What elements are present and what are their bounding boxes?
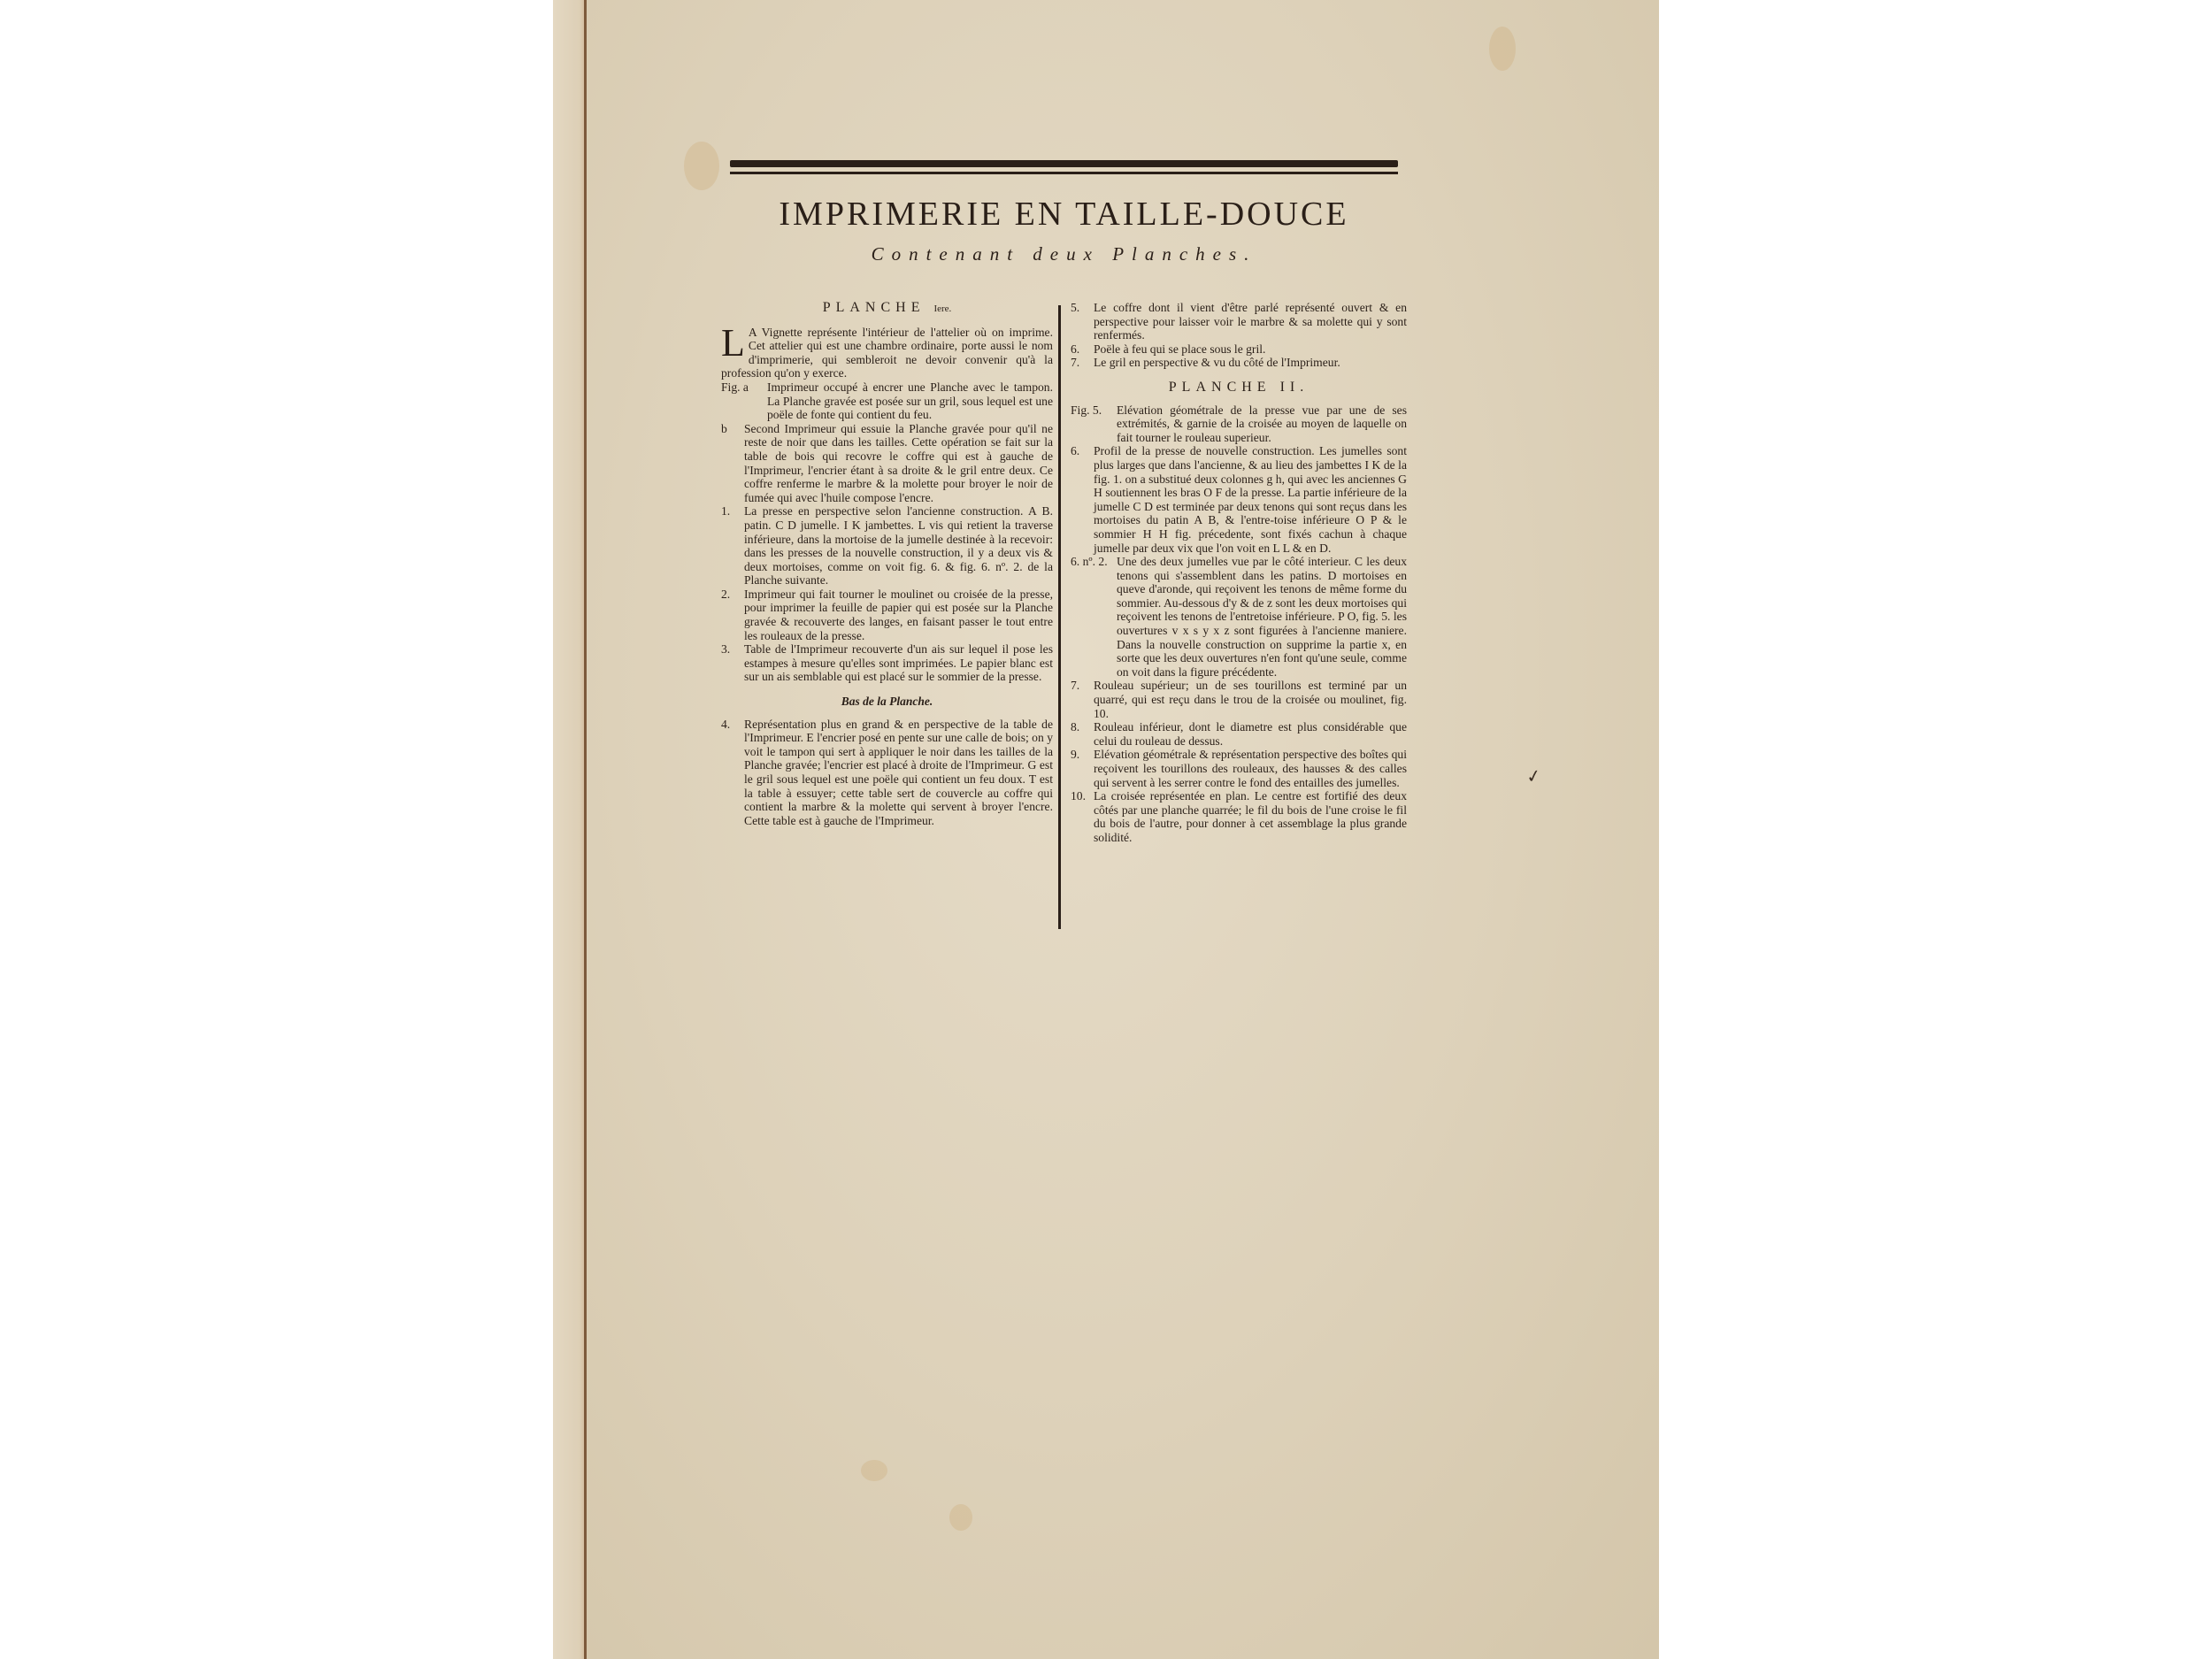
header-rule-thick bbox=[730, 160, 1398, 167]
list-item: 5.Le coffre dont il vient d'être parlé r… bbox=[1071, 301, 1407, 342]
list-item: 3.Table de l'Imprimeur recouverte d'un a… bbox=[721, 642, 1053, 684]
right-column: 5.Le coffre dont il vient d'être parlé r… bbox=[1071, 301, 1407, 845]
list-item: 10.La croisée représentée en plan. Le ce… bbox=[1071, 789, 1407, 844]
page-subtitle: Contenant deux Planches. bbox=[730, 243, 1398, 265]
intro-paragraph: LA Vignette représente l'intérieur de l'… bbox=[721, 326, 1053, 380]
left-column: PLANCHE Iere. LA Vignette représente l'i… bbox=[721, 301, 1053, 827]
list-item: 4.Représentation plus en grand & en pers… bbox=[721, 718, 1053, 828]
foxing-stain bbox=[1489, 27, 1516, 71]
list-item: 6. nº. 2.Une des deux jumelles vue par l… bbox=[1071, 555, 1407, 679]
list-item: 6.Poële à feu qui se place sous le gril. bbox=[1071, 342, 1407, 357]
list-item: Fig. aImprimeur occupé à encrer une Plan… bbox=[721, 380, 1053, 422]
bas-de-la-planche-heading: Bas de la Planche. bbox=[721, 695, 1053, 709]
foxing-stain bbox=[949, 1504, 972, 1531]
list-item: 7.Rouleau supérieur; un de ses tourillon… bbox=[1071, 679, 1407, 720]
list-item: 1.La presse en perspective selon l'ancie… bbox=[721, 504, 1053, 588]
column-divider bbox=[1058, 305, 1061, 929]
list-item: 6.Profil de la presse de nouvelle constr… bbox=[1071, 444, 1407, 555]
planche-1-heading: PLANCHE Iere. bbox=[721, 301, 1053, 317]
foxing-stain bbox=[684, 142, 719, 190]
list-item: Fig. 5.Elévation géométrale de la presse… bbox=[1071, 403, 1407, 445]
list-item: 7.Le gril en perspective & vu du côté de… bbox=[1071, 356, 1407, 370]
header-rule-thin bbox=[730, 172, 1398, 174]
drop-cap: L bbox=[721, 327, 745, 359]
page-title: IMPRIMERIE EN TAILLE-DOUCE bbox=[730, 195, 1398, 234]
list-item: 2.Imprimeur qui fait tourner le moulinet… bbox=[721, 588, 1053, 642]
list-item: 9.Elévation géométrale & représentation … bbox=[1071, 748, 1407, 789]
foxing-stain bbox=[861, 1460, 887, 1481]
planche-2-heading: PLANCHE II. bbox=[1071, 380, 1407, 395]
list-item: bSecond Imprimeur qui essuie la Planche … bbox=[721, 422, 1053, 505]
list-item: 8.Rouleau inférieur, dont le diametre es… bbox=[1071, 720, 1407, 748]
